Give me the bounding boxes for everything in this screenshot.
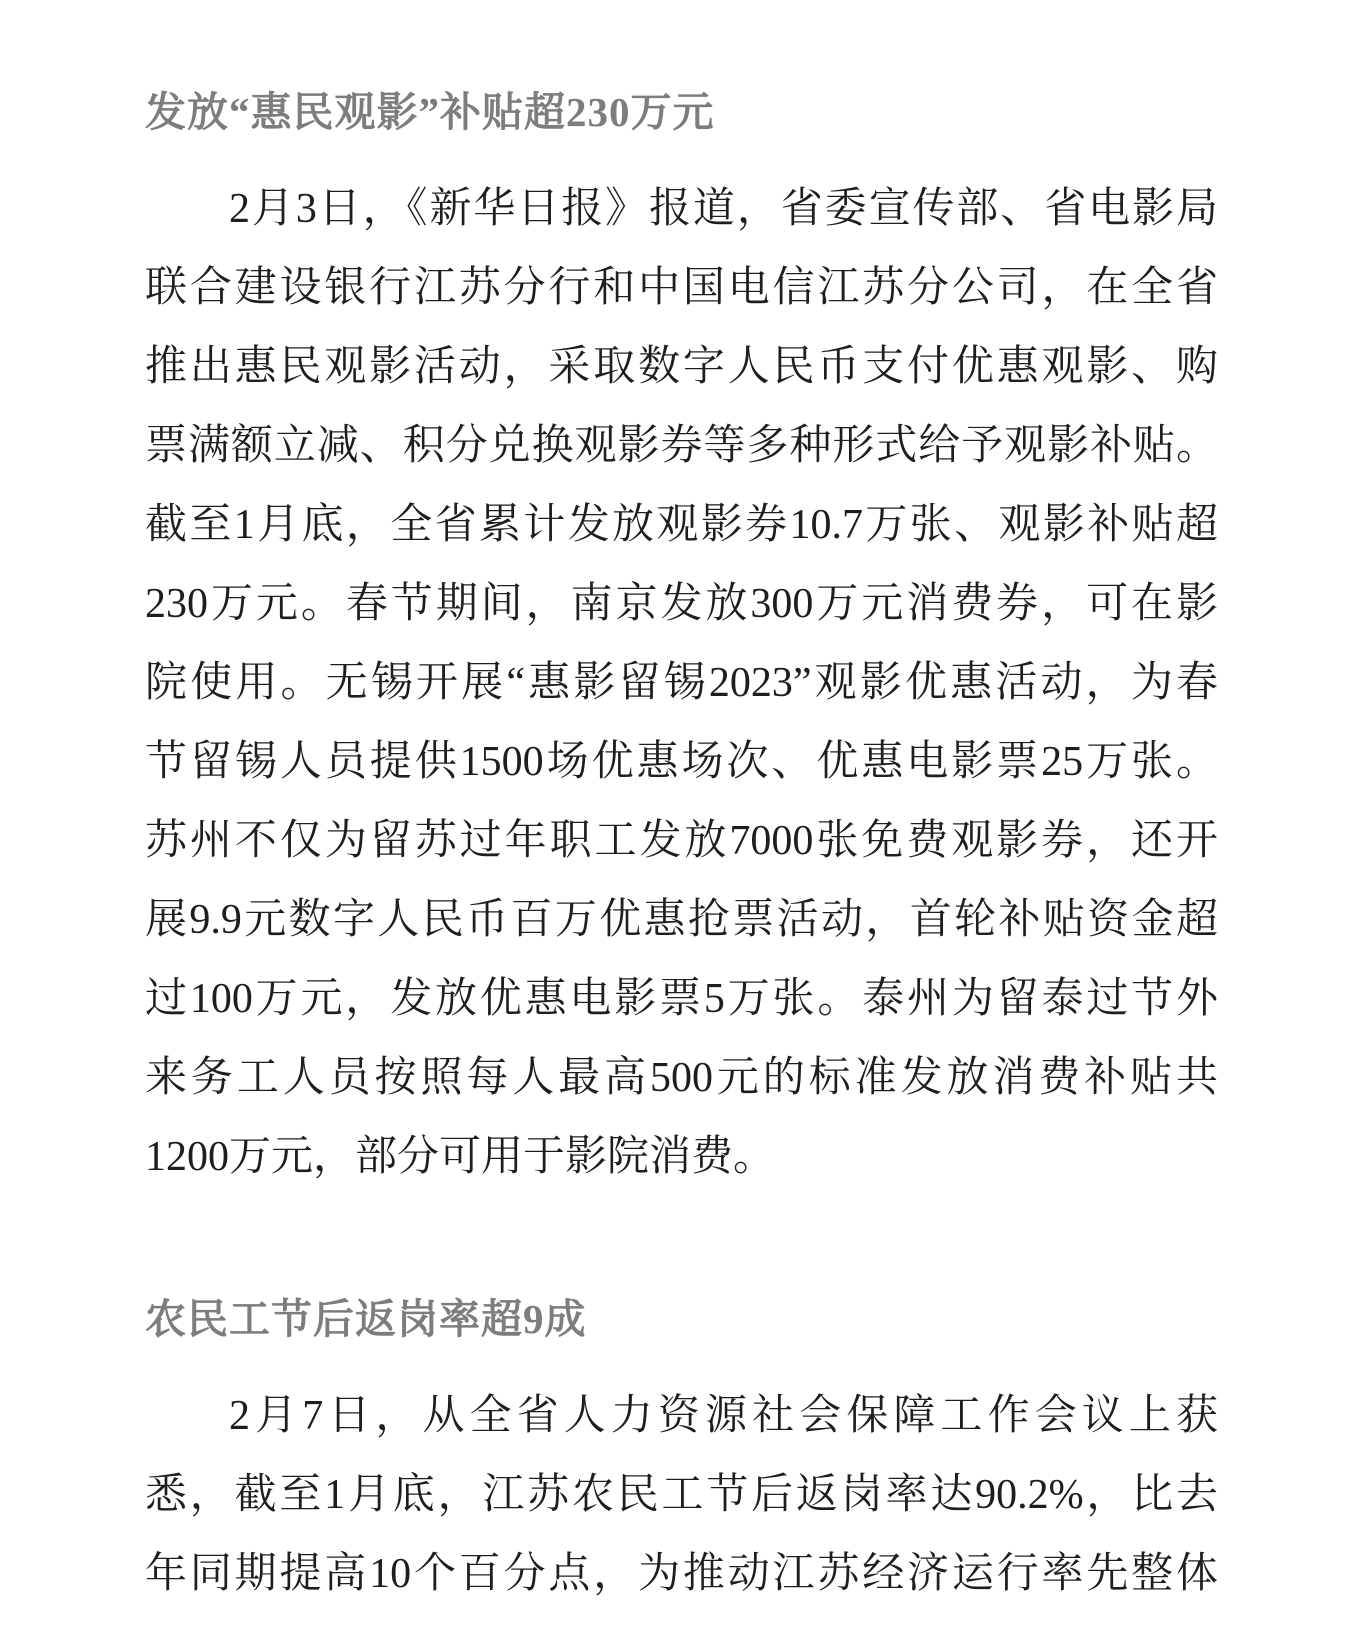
- paragraph-line: 展9.9元数字人民币百万优惠抢票活动，首轮补贴资金超: [145, 881, 1218, 960]
- paragraph-line: 院使用。无锡开展“惠影留锡2023”观影优惠活动，为春: [145, 644, 1218, 723]
- paragraph: 2月3日，《新华日报》报道，省委宣传部、省电影局 联合建设银行江苏分行和中国电信…: [145, 170, 1218, 1197]
- paragraph-line: 节留锡人员提供1500场优惠场次、优惠电影票25万张。: [145, 723, 1218, 802]
- paragraph-line: 截至1月底，全省累计发放观影券10.7万张、观影补贴超: [145, 486, 1218, 565]
- section-heading: 发放“惠民观影”补贴超230万元: [145, 0, 1218, 136]
- document-section: 发放“惠民观影”补贴超230万元 2月3日，《新华日报》报道，省委宣传部、省电影…: [145, 0, 1218, 1197]
- paragraph-line: 票满额立减、积分兑换观影券等多种形式给予观影补贴。: [145, 407, 1218, 486]
- section-heading: 农民工节后返岗率超9成: [145, 1197, 1218, 1343]
- paragraph-line: 联合建设银行江苏分行和中国电信江苏分公司，在全省: [145, 249, 1218, 328]
- paragraph-line: 2月3日，《新华日报》报道，省委宣传部、省电影局: [145, 170, 1218, 249]
- paragraph-line: 2月7日，从全省人力资源社会保障工作会议上获: [145, 1377, 1218, 1456]
- paragraph-line: 过100万元，发放优惠电影票5万张。泰州为留泰过节外: [145, 960, 1218, 1039]
- paragraph-line: 推出惠民观影活动，采取数字人民币支付优惠观影、购: [145, 328, 1218, 407]
- document-content: 发放“惠民观影”补贴超230万元 2月3日，《新华日报》报道，省委宣传部、省电影…: [145, 0, 1218, 1614]
- paragraph-line: 230万元。春节期间，南京发放300万元消费券，可在影: [145, 565, 1218, 644]
- paragraph: 2月7日，从全省人力资源社会保障工作会议上获 悉，截至1月底，江苏农民工节后返岗…: [145, 1377, 1218, 1614]
- document-section: 农民工节后返岗率超9成 2月7日，从全省人力资源社会保障工作会议上获 悉，截至1…: [145, 1197, 1218, 1614]
- paragraph-line: 来务工人员按照每人最高500元的标准发放消费补贴共: [145, 1039, 1218, 1118]
- paragraph-line: 苏州不仅为留苏过年职工发放7000张免费观影券，还开: [145, 802, 1218, 881]
- paragraph-line: 1200万元，部分可用于影院消费。: [145, 1118, 1218, 1197]
- paragraph-line: 悉，截至1月底，江苏农民工节后返岗率达90.2%，比去: [145, 1456, 1218, 1535]
- paragraph-line: 年同期提高10个百分点，为推动江苏经济运行率先整体: [145, 1535, 1218, 1614]
- document-page: 发放“惠民观影”补贴超230万元 2月3日，《新华日报》报道，省委宣传部、省电影…: [0, 0, 1346, 1642]
